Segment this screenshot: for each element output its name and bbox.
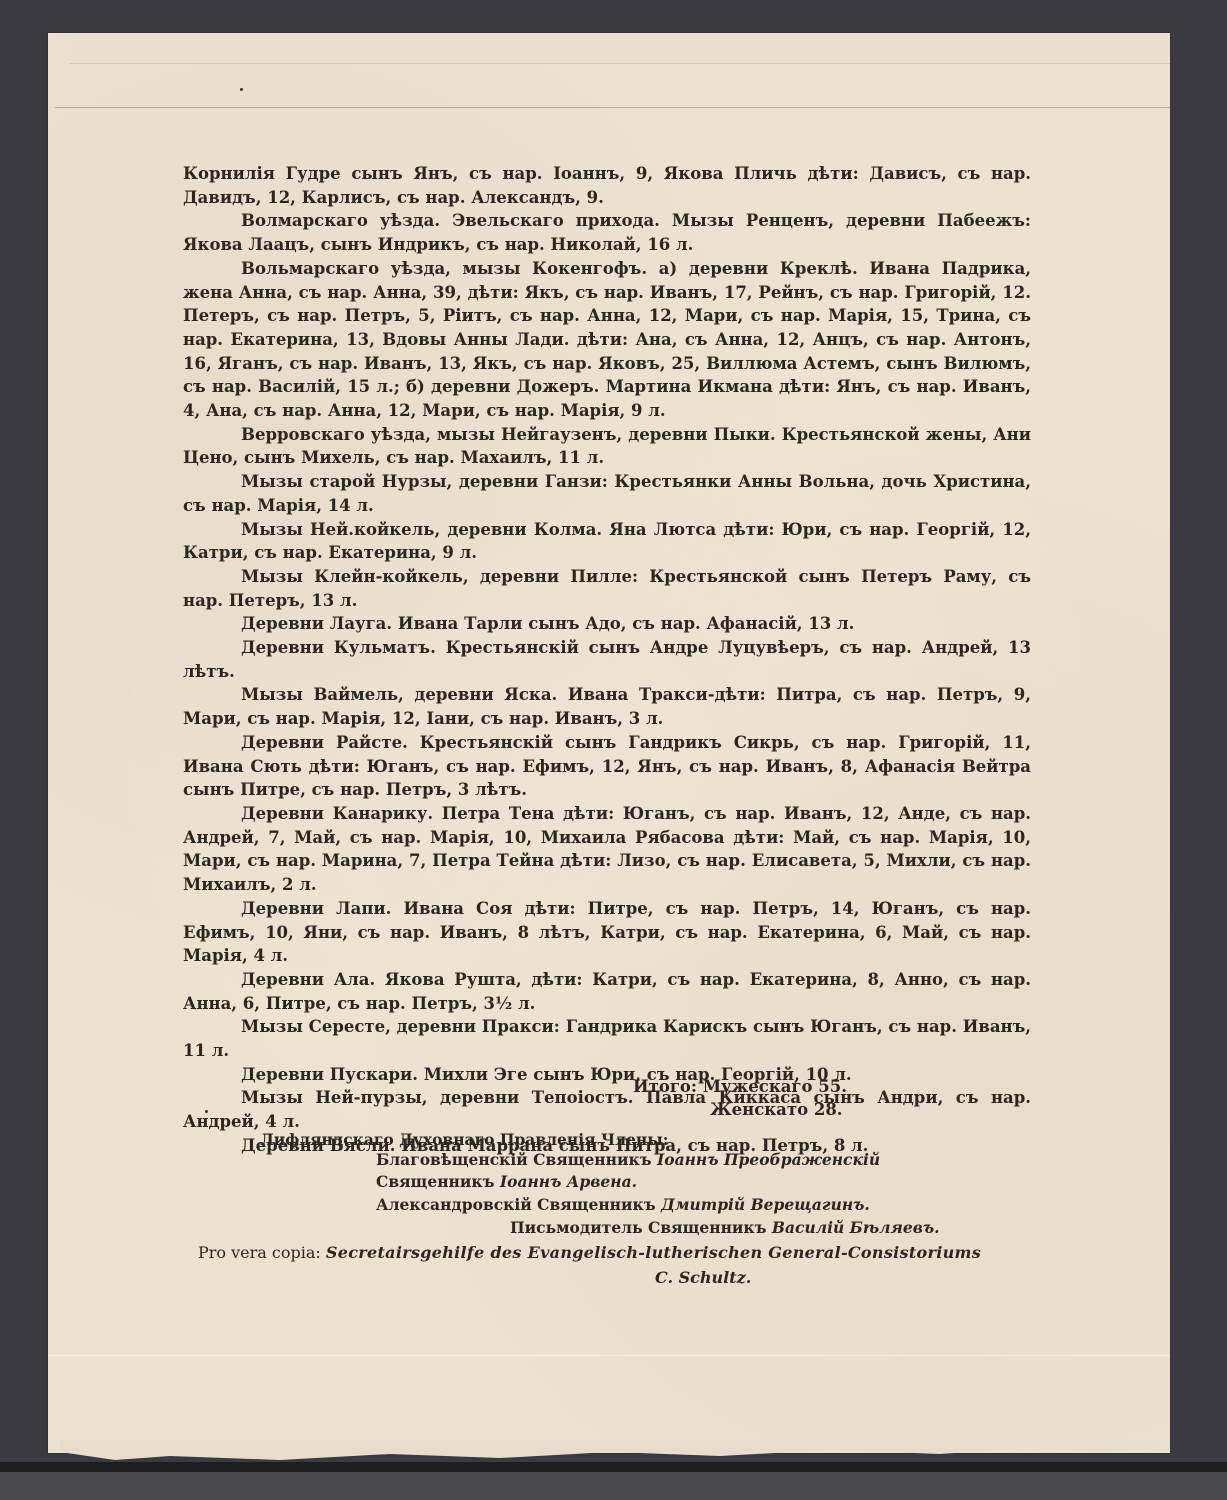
paper-top-flap [70, 33, 1170, 64]
paragraph: Деревни Канарику. Петра Тена дѣти: Юганъ… [183, 802, 1031, 897]
signature-title: Письмодитель Священникъ [510, 1218, 767, 1237]
paragraph: Деревни Кульматъ. Крестьянскій сынъ Андр… [183, 636, 1031, 683]
paragraph: Мызы Сересте, деревни Пракси: Гандрика К… [183, 1015, 1031, 1062]
certification-line: Pro vera copia: Secretairsgehilfe des Ev… [198, 1243, 981, 1262]
certification-text: Secretairsgehilfe des Evangelisch-luther… [326, 1243, 981, 1262]
paragraph: Деревни Лауга. Ивана Тарли сынъ Адо, съ … [183, 612, 1031, 636]
signature-line: Александровскій Священникъ Дмитрій Верещ… [376, 1195, 870, 1214]
paragraph: Мызы Ваймель, деревни Яска. Ивана Тракси… [183, 683, 1031, 730]
certification-prefix: Pro vera copia: [198, 1243, 321, 1262]
signature-title: Благовѣщенскій Священникъ [376, 1150, 652, 1169]
paragraph: Корнилія Гудре сынъ Янъ, съ нар. Іоаннъ,… [183, 162, 1031, 209]
signature-title: Священникъ [376, 1172, 494, 1191]
body-text: Корнилія Гудре сынъ Янъ, съ нар. Іоаннъ,… [183, 162, 1031, 1158]
paper-fold-line-lower [48, 1355, 1170, 1356]
background-lower [0, 1472, 1227, 1500]
paragraph: Деревни Райсте. Крестьянскій сынъ Гандри… [183, 731, 1031, 802]
paragraph: Мызы Ней-пурзы, деревни Тепоіостъ. Павла… [183, 1086, 1031, 1133]
signature-name: Дмитрій Верещагинъ. [661, 1195, 870, 1214]
paragraph: Мызы Клейн-койкель, деревни Пилле: Крест… [183, 565, 1031, 612]
paragraph: Деревни Лапи. Ивана Соя дѣти: Питре, съ … [183, 897, 1031, 968]
paragraph: Деревни Ала. Якова Рушта, дѣти: Катри, с… [183, 968, 1031, 1015]
ink-speck [205, 1110, 208, 1113]
signature-name: Іоаннъ Арвена. [500, 1172, 637, 1191]
ink-speck [240, 88, 243, 91]
totals-male: Итого: Мужескаго 55. [633, 1077, 847, 1096]
signature-name: Василій Бѣляевъ. [772, 1218, 940, 1237]
background-band [0, 1462, 1227, 1472]
totals-female-value: Женскато 28. [710, 1100, 843, 1119]
paper-fold-line [55, 107, 1170, 108]
signatures-heading: Лифляндскаго Духовнаго Правленія Члены: [260, 1130, 669, 1149]
paper-torn-edge [60, 1440, 1160, 1460]
paragraph: Мызы Ней.койкель, деревни Колма. Яна Лют… [183, 518, 1031, 565]
paragraph: Волмарскаго уѣзда. Эвельскаго прихода. М… [183, 209, 1031, 256]
paragraph: Мызы старой Нурзы, деревни Ганзи: Кресть… [183, 470, 1031, 517]
totals-female: Женскато 28. [710, 1100, 843, 1119]
signature-line: Благовѣщенскій Священникъ Іоаннъ Преобра… [376, 1150, 880, 1169]
totals-male-value: Мужескаго 55. [703, 1077, 847, 1096]
paragraph: Деревни Пускари. Михли Эге сынъ Юри, съ … [183, 1063, 1031, 1087]
signature-line: Священникъ Іоаннъ Арвена. [376, 1172, 637, 1191]
totals-label: Итого: [633, 1077, 697, 1096]
paragraph: Вольмарскаго уѣзда, мызы Кокенгофъ. а) д… [183, 257, 1031, 423]
signature-title: Александровскій Священникъ [376, 1195, 656, 1214]
certification-signer: C. Schultz. [655, 1268, 751, 1287]
paragraph: Верровскаго уѣзда, мызы Нейгаузенъ, дере… [183, 423, 1031, 470]
signature-name: Іоаннъ Преображенскій [657, 1150, 880, 1169]
signature-line: Письмодитель Священникъ Василій Бѣляевъ. [510, 1218, 940, 1237]
